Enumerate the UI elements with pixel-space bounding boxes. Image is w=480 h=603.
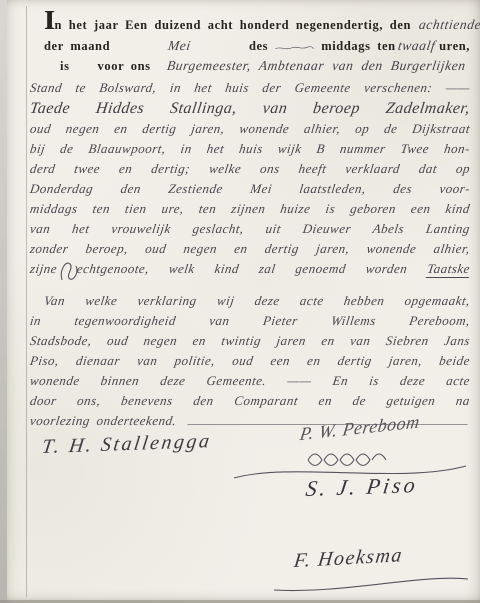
body-line: wonende binnen deze Gemeente. —— En is d… (29, 371, 472, 391)
handwritten-month: Mei (167, 38, 192, 54)
printed-middags-label: middags ten (321, 39, 396, 54)
drop-cap-initial: I (44, 10, 55, 30)
body-line: Stand te Bolsward, in het huis der Gemee… (29, 78, 472, 98)
body-line-father-name: Taede Hiddes Stallinga, van beroep Zadel… (29, 98, 472, 119)
body-line-text: voorlezing onderteekend. (29, 411, 178, 431)
signature-officer: F. Hoeksma (293, 544, 405, 573)
body-line: zonder beroep, oud negen en dertig jaren… (29, 239, 472, 259)
child-name: Taatske (426, 261, 471, 278)
register-page: In het jaar Een duizend acht honderd neg… (0, 0, 480, 603)
handwritten-day: achttiende dag (418, 17, 480, 33)
body-line: derd twee en dertig; welke ons heeft ver… (29, 159, 472, 179)
body-line: Van welke verklaring wij deze acte hebbe… (29, 291, 472, 311)
margin-rule (26, 6, 27, 597)
header-line-appeared: is voor ons Burgemeester, Ambtenaar van … (60, 58, 470, 76)
hoeksma-underline-flourish-icon (272, 572, 470, 594)
body-line: Piso, dienaar van politie, oud een en de… (29, 351, 472, 371)
header-line-month: der maand Mei des middags ten twaalf ure… (44, 38, 470, 58)
body-line: bij de Blaauwpoort, in het huis wijk B n… (29, 139, 472, 159)
body-line: Stadsbode, oud negen en twintig jaren en… (29, 331, 472, 351)
signature-witness-piso: S. J. Piso (304, 472, 419, 502)
body-line: van het vrouwelijk geslacht, uit Dieuwer… (29, 219, 472, 239)
body-line: door ons, benevens den Comparant en de g… (29, 391, 472, 411)
body-line: middags ten tien ure, ten zijnen huize i… (29, 199, 472, 219)
printed-month-label: der maand (44, 39, 110, 54)
body-line: Donderdag den Zestiende Mei laatstleden,… (29, 179, 472, 199)
handwritten-official-title: Burgemeester, Ambtenaar van den Burgerli… (166, 58, 467, 74)
printed-is-label: is (60, 59, 70, 74)
paragraph-flourish-icon (56, 258, 82, 284)
body-line-child: zijne echtgenoote, welk kind zal genoemd… (29, 259, 472, 279)
signature-comparant: T. H. Stallengga (40, 430, 213, 459)
handwritten-hour: twaalf (397, 38, 437, 54)
printed-voor-ons-label: voor ons (98, 59, 151, 74)
printed-uren-label: uren, (439, 39, 470, 54)
blank-fill-squiggle-icon (274, 43, 315, 53)
body-line: in tegenwoordigheid van Pieter Willems P… (29, 311, 472, 331)
header-line-year: In het jaar Een duizend acht honderd neg… (44, 10, 470, 38)
printed-des-label: des (249, 39, 268, 54)
printed-year-text: n het jaar Een duizend acht honderd nege… (55, 18, 412, 33)
body-line: oud negen en dertig jaren, wonende alhie… (29, 119, 472, 139)
page-left-edge (0, 0, 7, 603)
act-text: In het jaar Een duizend acht honderd neg… (30, 10, 470, 431)
body-line-text: zijne echtgenoote, welk kind zal genoemd… (29, 261, 408, 276)
act-body: Stand te Bolsward, in het huis der Gemee… (30, 78, 470, 431)
